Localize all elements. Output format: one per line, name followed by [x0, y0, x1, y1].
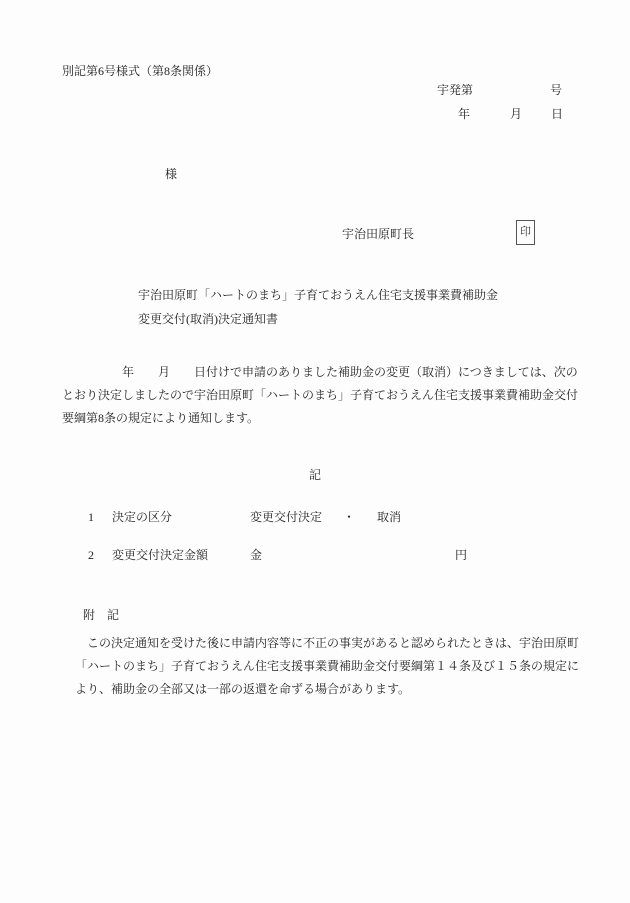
body-line3: 要綱第8条の規定により通知します。 [62, 407, 578, 430]
item1-label: 決定の区分 [112, 510, 172, 524]
appendix-line1: この決定通知を受けた後に申請内容等に不正の事実があると認められたときは、宇治田原… [75, 632, 579, 655]
item2-label: 変更交付決定金額 [112, 548, 208, 562]
appendix-line2: 「ハートのまち」子育ておうえん住宅支援事業費補助金交付要綱第１４条及び１５条の規… [75, 655, 579, 678]
item2-amount-prefix: 金 [250, 548, 262, 562]
document-title-line1: 宇治田原町「ハートのまち」子育ておうえん住宅支援事業費補助金 [138, 283, 498, 307]
appendix-line3: より、補助金の全部又は一部の返還を命ずる場合があります。 [75, 678, 579, 701]
document-title: 宇治田原町「ハートのまち」子育ておうえん住宅支援事業費補助金 変更交付(取消)決… [138, 283, 498, 331]
document-page: 別記第6号様式（第8条関係） 宇発第 号 年 月 日 様 宇治田原町長 印 宇治… [0, 0, 630, 903]
record-marker: 記 [0, 466, 630, 483]
doc-number-suffix: 号 [550, 83, 562, 97]
document-title-line2: 変更交付(取消)決定通知書 [138, 307, 498, 331]
item1-option-cancel: 取消 [377, 510, 401, 524]
sender-title: 宇治田原町長 [342, 227, 414, 241]
item1-number: 1 [88, 510, 94, 524]
seal-placeholder-box: 印 [516, 220, 535, 245]
item2-amount-suffix: 円 [455, 548, 467, 562]
doc-number-prefix: 宇発第 [437, 83, 473, 97]
body-line1: 年 月 日付けで申請のありました補助金の変更（取消）につきましては、次の [62, 361, 578, 384]
item1-option-separator: ・ [343, 510, 355, 524]
date-day-label: 日 [551, 107, 563, 121]
date-year-label: 年 [458, 107, 470, 121]
appendix-paragraph: この決定通知を受けた後に申請内容等に不正の事実があると認められたときは、宇治田原… [75, 632, 579, 701]
addressee-honorific: 様 [165, 167, 177, 181]
date-month-label: 月 [510, 107, 522, 121]
item2-number: 2 [88, 548, 94, 562]
appendix-heading: 附 記 [83, 608, 119, 622]
form-number: 別記第6号様式（第8条関係） [62, 64, 218, 78]
body-paragraph: 年 月 日付けで申請のありました補助金の変更（取消）につきましては、次の とおり… [62, 361, 578, 430]
body-line2: とおり決定しましたので宇治田原町「ハートのまち」子育ておうえん住宅支援事業費補助… [62, 384, 578, 407]
item1-option-change: 変更交付決定 [250, 510, 322, 524]
